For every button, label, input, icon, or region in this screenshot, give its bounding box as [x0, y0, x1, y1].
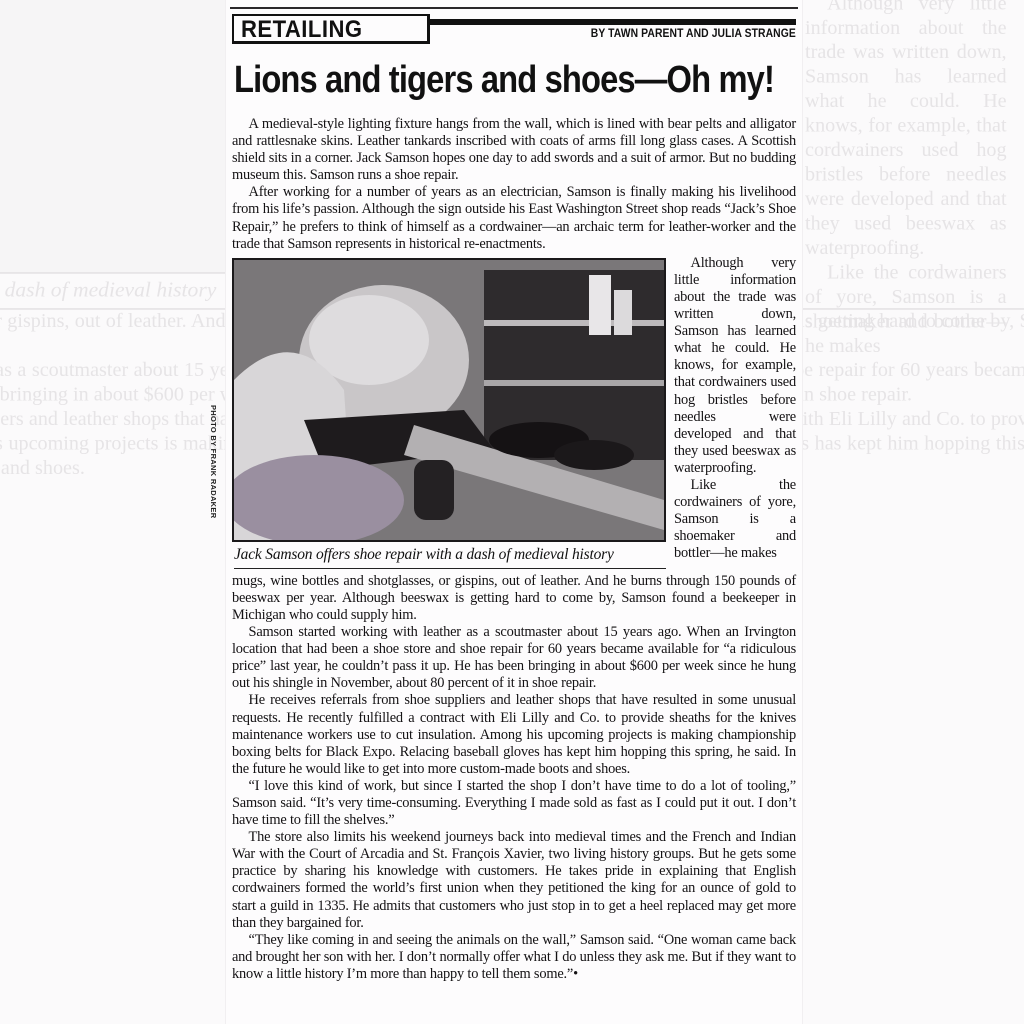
- paragraph: After working for a number of years as a…: [232, 184, 796, 252]
- paragraph: The store also limits his weekend journe…: [232, 829, 796, 932]
- paragraph: He receives referrals from shoe supplier…: [232, 692, 796, 777]
- paragraph: mugs, wine bottles and shotglasses, or g…: [232, 573, 796, 624]
- side-paragraph: Like the cordwainers of yore, Samson is …: [674, 477, 796, 562]
- section-rule: [428, 19, 796, 25]
- byline: BY TAWN PARENT AND JULIA STRANGE: [591, 28, 796, 40]
- side-column: Although very little information about t…: [674, 255, 796, 563]
- section-label: RETAILING: [241, 16, 362, 43]
- bg-side-paragraph: Like the cordwainers of yore, Samson is …: [805, 261, 1007, 359]
- section-header: RETAILING BY TAWN PARENT AND JULIA STRAN…: [232, 14, 796, 48]
- photo-caption: Jack Samson offers shoe repair with a da…: [234, 545, 666, 569]
- side-paragraph: Although very little information about t…: [674, 255, 796, 477]
- top-rule: [230, 7, 798, 9]
- photo-credit: PHOTO BY FRANK RADAKER: [209, 405, 218, 518]
- newspaper-clipping: RETAILING BY TAWN PARENT AND JULIA STRAN…: [226, 0, 802, 1024]
- article-body: A medieval-style lighting fixture hangs …: [232, 116, 796, 983]
- paragraph: “They like coming in and seeing the anim…: [232, 932, 796, 983]
- section-label-box: RETAILING: [232, 14, 430, 44]
- paragraph: “I love this kind of work, but since I s…: [232, 778, 796, 829]
- bg-side-paragraph: Although very little information about t…: [805, 0, 1007, 261]
- figure: PHOTO BY FRANK RADAKER Jack Samson offer…: [232, 255, 796, 573]
- photo-image: [234, 260, 664, 540]
- photo: [232, 258, 666, 542]
- background-side-column-right: Although very little information about t…: [805, 0, 1007, 359]
- headline: Lions and tigers and shoes—Oh my!: [234, 58, 774, 102]
- paragraph: Samson started working with leather as a…: [232, 624, 796, 692]
- paragraph: A medieval-style lighting fixture hangs …: [232, 116, 796, 184]
